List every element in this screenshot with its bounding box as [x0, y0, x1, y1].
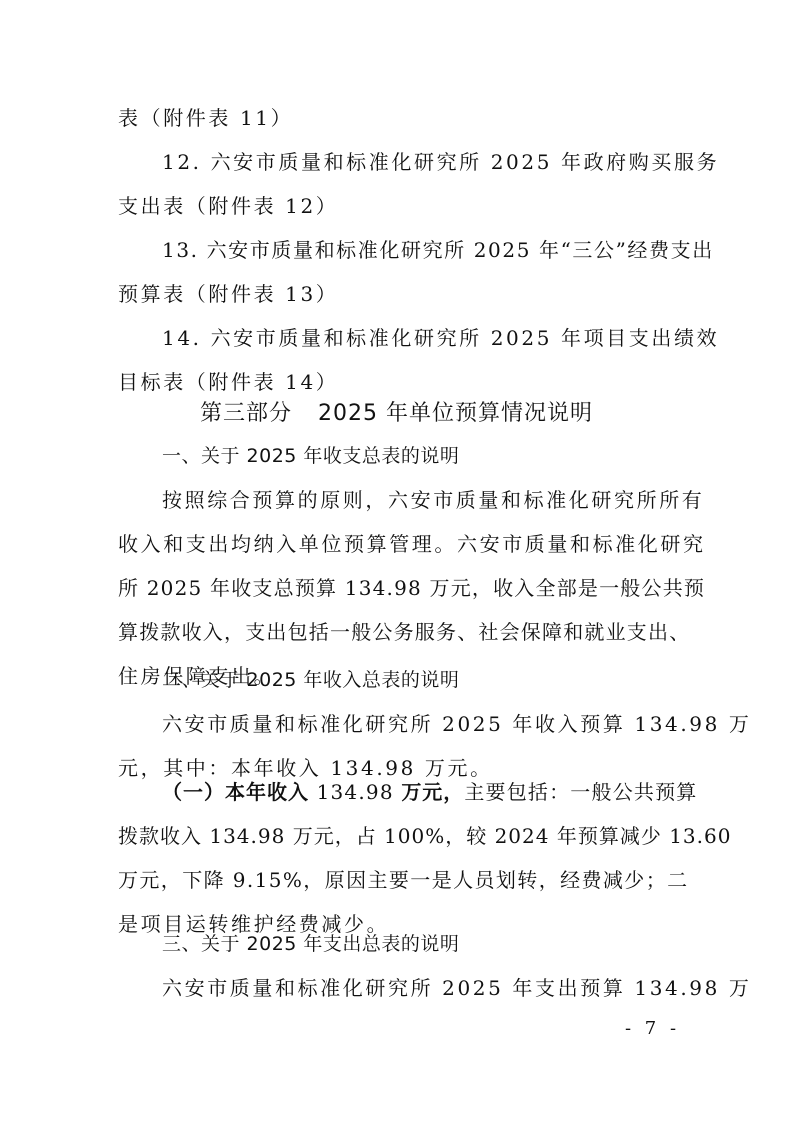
section-2-heading: 二、关于 2025 年收入总表的说明: [162, 668, 459, 692]
toc-item-14-line2: 目标表（附件表 14）: [118, 370, 678, 394]
sub1-line1-rest: 主要包括：一般公共预算: [464, 780, 697, 804]
part-three-title: 第三部分2025 年单位预算情况说明: [200, 400, 593, 428]
section-3-paragraph-line: 六安市质量和标准化研究所 2025 年支出预算 134.98 万: [162, 976, 678, 1000]
sub1-bold-label: （一）本年收入: [162, 780, 309, 804]
section-2-paragraph-line: 元，其中：本年收入 134.98 万元。: [118, 756, 678, 780]
toc-item-12-line1: 12. 六安市质量和标准化研究所 2025 年政府购买服务: [162, 150, 678, 174]
part-three-prefix: 第三部分: [200, 401, 292, 426]
section-1-paragraph-line: 所 2025 年收支总预算 134.98 万元，收入全部是一般公共预: [118, 576, 678, 600]
toc-item-11-tail: 表（附件表 11）: [118, 106, 678, 130]
sub1-bold-unit: 万元，: [401, 780, 464, 804]
toc-item-13-line2: 预算表（附件表 13）: [118, 282, 678, 306]
section-1-paragraph-line: 按照综合预算的原则，六安市质量和标准化研究所所有: [162, 488, 678, 512]
section-1-paragraph-line: 收入和支出均纳入单位预算管理。六安市质量和标准化研究: [118, 532, 678, 556]
toc-item-12-line2: 支出表（附件表 12）: [118, 194, 678, 218]
part-three-main-title: 2025 年单位预算情况说明: [318, 401, 593, 426]
section-2-sub1-line: 万元，下降 9.15%，原因主要一是人员划转，经费减少；二: [118, 868, 678, 892]
section-2-sub1-line: 拨款收入 134.98 万元，占 100%，较 2024 年预算减少 13.60: [118, 824, 678, 848]
section-3-heading: 三、关于 2025 年支出总表的说明: [162, 932, 459, 956]
section-2-sub1-line1: （一）本年收入 134.98 万元，主要包括：一般公共预算: [162, 780, 678, 804]
toc-item-14-line1: 14. 六安市质量和标准化研究所 2025 年项目支出绩效: [162, 326, 678, 350]
section-1-paragraph-line: 算拨款收入，支出包括一般公务服务、社会保障和就业支出、: [118, 620, 678, 644]
toc-item-13-line1: 13. 六安市质量和标准化研究所 2025 年“三公”经费支出: [162, 238, 678, 262]
page-number: - 7 -: [625, 1018, 680, 1040]
section-1-heading: 一、关于 2025 年收支总表的说明: [162, 444, 459, 468]
document-page: 表（附件表 11） 12. 六安市质量和标准化研究所 2025 年政府购买服务 …: [0, 0, 793, 1122]
sub1-amount: 134.98: [317, 780, 394, 804]
section-2-paragraph-line: 六安市质量和标准化研究所 2025 年收入预算 134.98 万: [162, 712, 678, 736]
